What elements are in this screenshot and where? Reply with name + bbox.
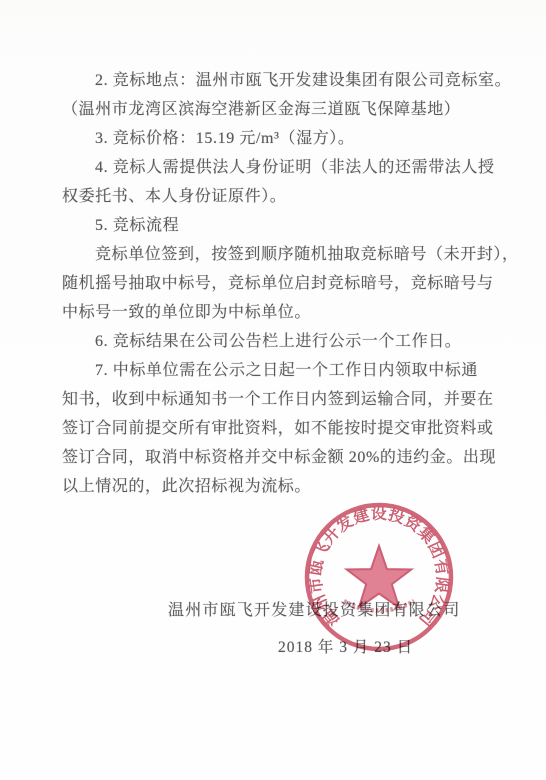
company-seal: 温州市瓯飞开发建设投资集团有限公司 [302,500,456,654]
document-line: 知书，收到中标通知书一个工作日内签到运输合同，并要在 [62,385,508,414]
document-line: 权委托书、本人身份证原件）。 [62,182,508,211]
seal-serial-marks [344,601,414,611]
document-line: 签订合同前提交所有审批资料，如不能按时提交审批资料或 [62,414,508,443]
scanned-document-page: 2. 竞标地点：温州市瓯飞开发建设集团有限公司竞标室。（温州市龙湾区滨海空港新区… [0,0,546,780]
document-line: 3. 竞标价格：15.19 元/m³（湿方）。 [62,124,508,153]
document-line: 6. 竞标结果在公司公告栏上进行公示一个工作日。 [62,327,508,356]
document-line: 中标号一致的单位即为中标单位。 [62,298,508,327]
document-line: 2. 竞标地点：温州市瓯飞开发建设集团有限公司竞标室。 [62,66,508,95]
document-line: 随机摇号抽取中标号，竞标单位启封竞标暗号，竞标暗号与 [62,269,508,298]
document-line: 4. 竞标人需提供法人身份证明（非法人的还需带法人授 [62,153,508,182]
document-body: 2. 竞标地点：温州市瓯飞开发建设集团有限公司竞标室。（温州市龙湾区滨海空港新区… [62,66,508,501]
seal-star-icon [347,546,412,608]
document-line: 7. 中标单位需在公示之日起一个工作日内领取中标通 [62,356,508,385]
document-line: 5. 竞标流程 [62,211,508,240]
document-line: （温州市龙湾区滨海空港新区金海三道瓯飞保障基地） [62,95,508,124]
document-line: 签订合同，取消中标资格并交中标金额 20%的违约金。出现 [62,443,508,472]
document-line: 竞标单位签到，按签到顺序随机抽取竞标暗号（未开封）， [62,240,508,269]
document-line: 以上情况的，此次招标视为流标。 [62,472,508,501]
